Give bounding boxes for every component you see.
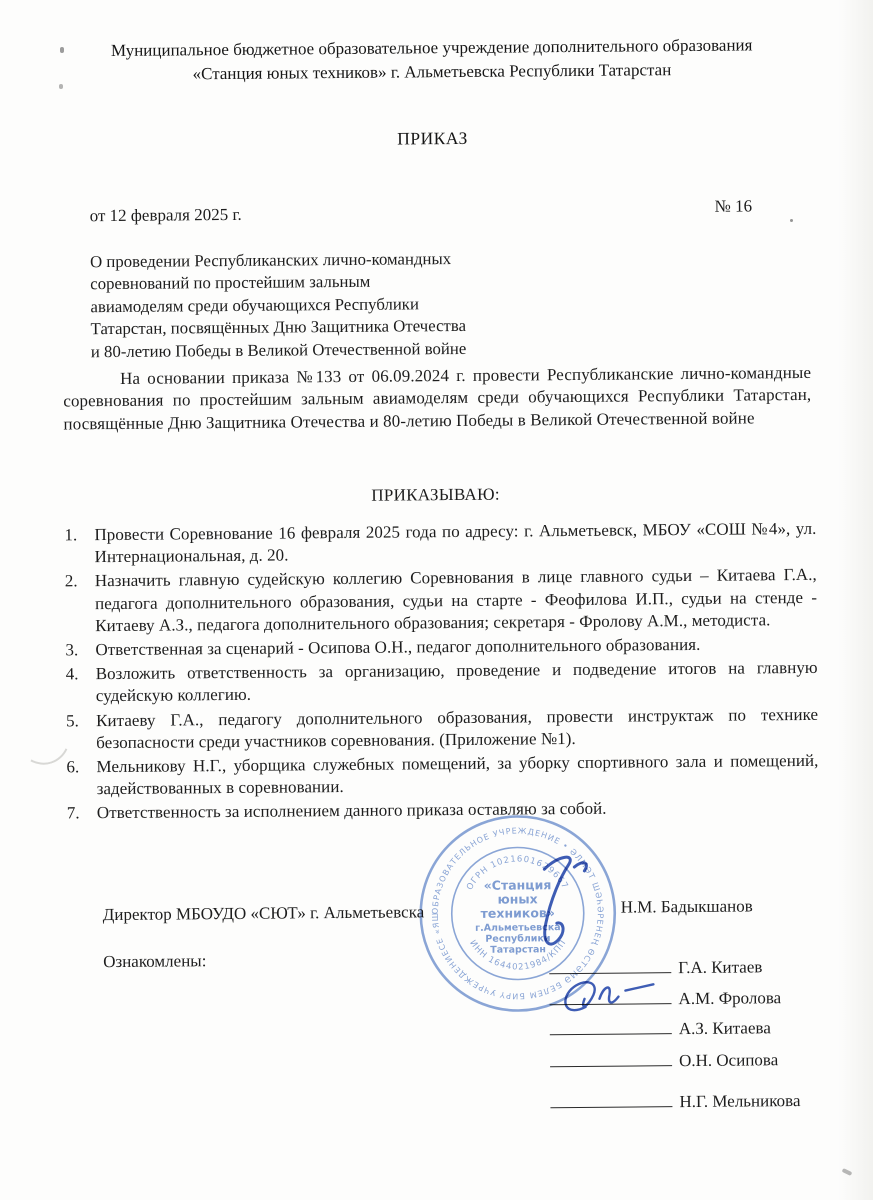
signature-line <box>550 1018 672 1035</box>
document-body: Муниципальное бюджетное образовательное … <box>0 0 873 1200</box>
item-number: 6. <box>66 756 88 801</box>
document-title: ПРИКАЗ <box>0 124 869 153</box>
order-item: 4. Возложить ответственность за организа… <box>66 657 818 708</box>
order-item: 1. Провести Соревнование 16 февраля 2025… <box>64 518 816 569</box>
scanned-document-page: { "document": { "org_line1": "Муниципаль… <box>0 0 873 1200</box>
order-items-list: 1. Провести Соревнование 16 февраля 2025… <box>64 518 819 827</box>
document-number: № 16 <box>715 196 753 216</box>
signature-name: А.З. Китаева <box>679 1018 771 1038</box>
signature-row: Н.Г. Мельникова <box>550 1090 800 1113</box>
item-text: Назначить главную судейскую коллегию Сор… <box>95 564 818 637</box>
scan-artifact-speck <box>59 84 63 89</box>
document-date: от 12 февраля 2025 г. <box>90 205 242 226</box>
signature-row: А.З. Китаева <box>550 1017 771 1040</box>
item-text: Китаеву Г.А., педагогу дополнительного о… <box>96 703 818 754</box>
item-number: 2. <box>65 571 88 638</box>
item-number: 7. <box>67 803 89 825</box>
acknowledged-label: Ознакомлены: <box>103 951 206 972</box>
director-name: Н.М. Бадыкшанов <box>621 896 753 917</box>
frolova-handwritten-signature <box>551 972 666 1018</box>
subject-line: и 80-летию Победы в Великой Отечественно… <box>91 337 531 363</box>
item-number: 1. <box>64 524 86 569</box>
order-item: 5. Китаеву Г.А., педагогу дополнительног… <box>66 703 818 754</box>
scan-artifact-speck <box>60 47 64 53</box>
signature-line <box>550 1050 672 1067</box>
organization-header: Муниципальное бюджетное образовательное … <box>0 32 868 88</box>
order-item: 6. Мельникову Н.Г., уборщика служебных п… <box>66 750 818 801</box>
basis-paragraph: На основании приказа №133 от 06.09.2024 … <box>63 362 812 435</box>
signature-name: О.Н. Осипова <box>679 1050 778 1070</box>
directive-heading: ПРИКАЗЫВАЮ: <box>0 481 872 509</box>
item-text: Возложить ответственность за организацию… <box>96 657 818 708</box>
signature-row: О.Н. Осипова <box>550 1049 778 1072</box>
scan-artifact-dot <box>790 219 793 222</box>
order-item: 2. Назначить главную судейскую коллегию … <box>65 564 818 637</box>
subject-line: Татарстан, посвящённых Дню Защитника Оте… <box>91 315 531 341</box>
item-text: Провести Соревнование 16 февраля 2025 го… <box>94 518 816 569</box>
item-number: 4. <box>66 663 88 708</box>
signature-line <box>550 1091 672 1108</box>
director-title: Директор МБОУДО «СЮТ» г. Альметьевска <box>103 902 425 925</box>
signature-name: А.М. Фролова <box>678 988 781 1008</box>
item-number: 3. <box>65 639 87 661</box>
item-text: Мельникову Н.Г., уборщика служебных поме… <box>96 750 818 801</box>
subject-block: О проведении Республиканских лично-коман… <box>90 247 531 363</box>
signature-name: Н.Г. Мельникова <box>679 1091 800 1111</box>
director-handwritten-signature <box>502 847 623 968</box>
signature-name: Г.А. Китаев <box>678 957 762 977</box>
